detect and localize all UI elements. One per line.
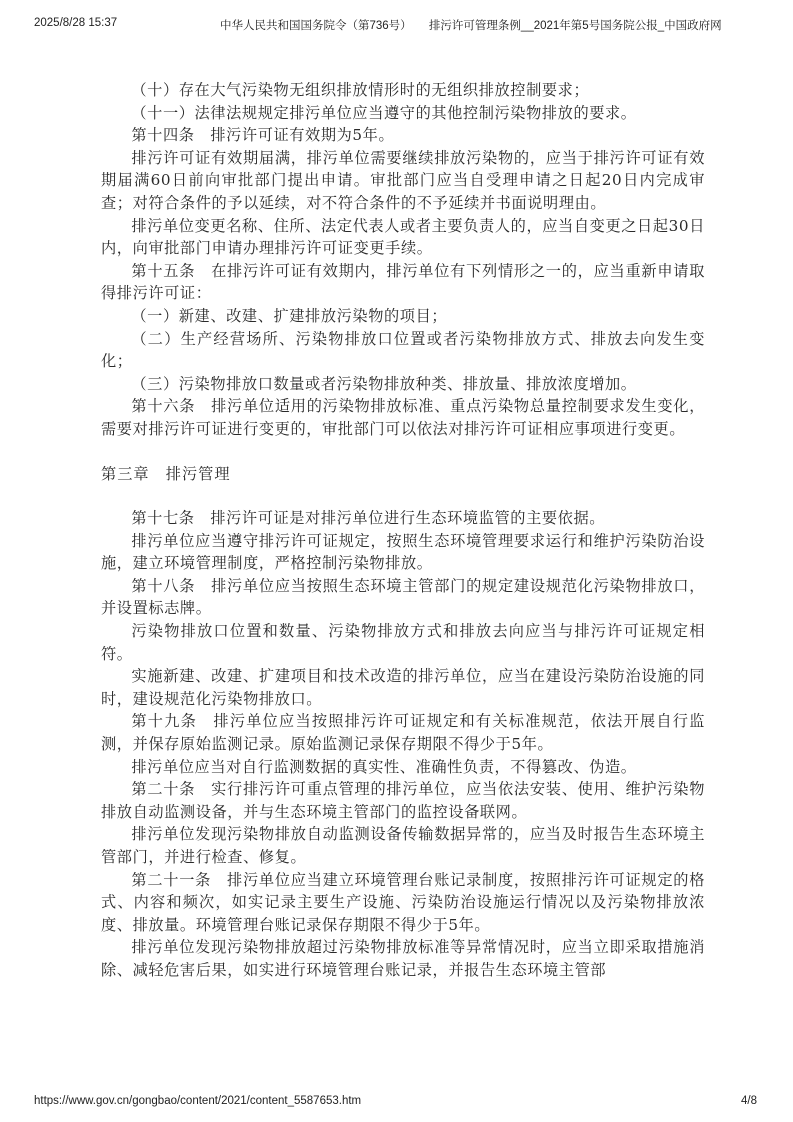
document-body: （十）存在大气污染物无组织排放情形时的无组织排放控制要求； （十一）法律法规规定… [101,79,705,982]
print-page-title: 中华人民共和国国务院令（第736号） 排污许可管理条例__2021年第5号国务院… [220,17,722,33]
paragraph: 实施新建、改建、扩建项目和技术改造的排污单位，应当在建设污染防治设施的同时，建设… [101,665,705,710]
paragraph: 排污单位应当遵守排污许可证规定，按照生态环境管理要求运行和维护污染防治设施，建立… [101,530,705,575]
page-url: https://www.gov.cn/gongbao/content/2021/… [34,1095,361,1107]
paragraph: 排污单位应当对自行监测数据的真实性、准确性负责，不得篡改、伪造。 [101,756,705,779]
print-header: 2025/8/28 15:37 中华人民共和国国务院令（第736号） 排污许可管… [0,17,793,33]
article-paragraph: 第十七条 排污许可证是对排污单位进行生态环境监管的主要依据。 [101,507,705,530]
article-paragraph: 第十四条 排污许可证有效期为5年。 [101,124,705,147]
print-footer: https://www.gov.cn/gongbao/content/2021/… [0,1095,793,1111]
list-item: （三）污染物排放口数量或者污染物排放种类、排放量、排放浓度增加。 [101,373,705,396]
paragraph: 排污许可证有效期届满，排污单位需要继续排放污染物的，应当于排污许可证有效期届满6… [101,147,705,215]
article-paragraph: 第十九条 排污单位应当按照排污许可证规定和有关标准规范，依法开展自行监测，并保存… [101,710,705,755]
paragraph: 排污单位变更名称、住所、法定代表人或者主要负责人的，应当自变更之日起30日内，向… [101,215,705,260]
paragraph: （十一）法律法规规定排污单位应当遵守的其他控制污染物排放的要求。 [101,102,705,125]
page-number: 4/8 [741,1095,757,1107]
paragraph: 污染物排放口位置和数量、污染物排放方式和排放去向应当与排污许可证规定相符。 [101,620,705,665]
paragraph: 排污单位发现污染物排放自动监测设备传输数据异常的，应当及时报告生态环境主管部门，… [101,823,705,868]
print-datetime: 2025/8/28 15:37 [34,17,117,29]
article-paragraph: 第十五条 在排污许可证有效期内，排污单位有下列情形之一的，应当重新申请取得排污许… [101,260,705,305]
article-paragraph: 第十六条 排污单位适用的污染物排放标准、重点污染物总量控制要求发生变化，需要对排… [101,395,705,440]
chapter-heading: 第三章 排污管理 [101,463,705,486]
list-item: （一）新建、改建、扩建排放污染物的项目； [101,305,705,328]
article-paragraph: 第二十一条 排污单位应当建立环境管理台账记录制度，按照排污许可证规定的格式、内容… [101,869,705,937]
paragraph: （十）存在大气污染物无组织排放情形时的无组织排放控制要求； [101,79,705,102]
article-paragraph: 第二十条 实行排污许可重点管理的排污单位，应当依法安装、使用、维护污染物排放自动… [101,778,705,823]
article-paragraph: 第十八条 排污单位应当按照生态环境主管部门的规定建设规范化污染物排放口，并设置标… [101,575,705,620]
paragraph: 排污单位发现污染物排放超过污染物排放标准等异常情况时，应当立即采取措施消除、减轻… [101,936,705,981]
list-item: （二）生产经营场所、污染物排放口位置或者污染物排放方式、排放去向发生变化； [101,328,705,373]
